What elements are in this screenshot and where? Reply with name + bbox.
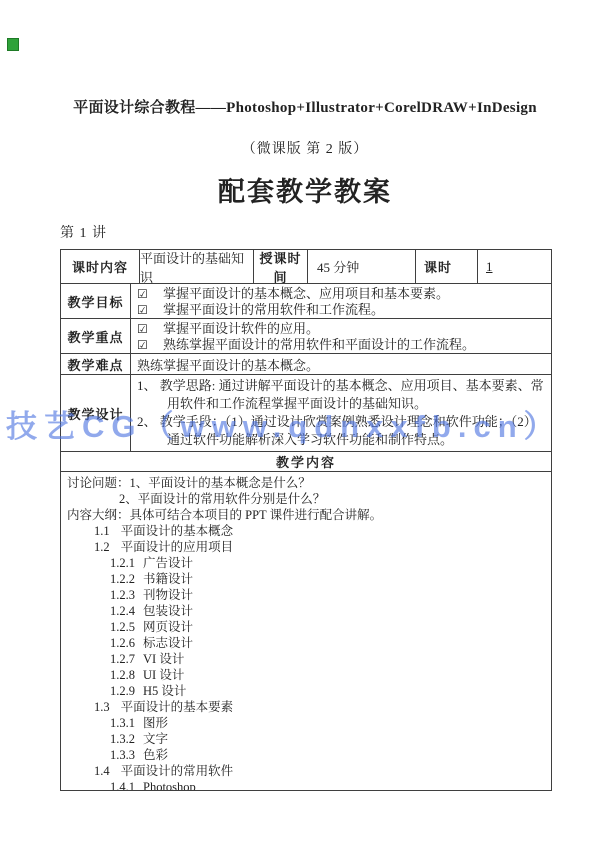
design-label: 教学设计	[61, 375, 131, 451]
goals-label: 教学目标	[61, 284, 131, 318]
outline-item: 1.2.8UI 设计	[67, 667, 545, 683]
outline-item-text: 网页设计	[143, 620, 193, 634]
difficulty-text: 熟练掌握平面设计的基本概念。	[131, 354, 551, 374]
outline-item: 1.1平面设计的基本概念	[67, 523, 545, 539]
outline-item-number: 1.2	[94, 539, 110, 555]
outline-item-number: 1.4.1	[110, 779, 135, 790]
table-row-difficulty: 教学难点 熟练掌握平面设计的基本概念。	[61, 354, 551, 375]
outline-item-text: 平面设计的应用项目	[121, 540, 234, 554]
checklist-item-text: 掌握平面设计的常用软件和工作流程。	[163, 302, 545, 318]
teach-time-value: 45 分钟	[308, 250, 416, 283]
keypoints-label: 教学重点	[61, 319, 131, 353]
outline-item-text: 文字	[143, 732, 168, 746]
discussion-label: 讨论问题：	[67, 476, 130, 490]
outline-item-number: 1.3	[94, 699, 110, 715]
outline-item: 1.3.1图形	[67, 715, 545, 731]
outline-item: 1.2.2书籍设计	[67, 571, 545, 587]
table-row-lesson-info: 课时内容 平面设计的基础知识 授课时间 45 分钟 课时 1	[61, 250, 551, 284]
content-header: 教学内容	[61, 452, 551, 471]
table-row-content-body: 讨论问题：1、平面设计的基本概念是什么？ 2、平面设计的常用软件分别是什么？ 内…	[61, 472, 551, 790]
lesson-plan-table: 课时内容 平面设计的基础知识 授课时间 45 分钟 课时 1 教学目标 ☑掌握平…	[60, 249, 552, 791]
outline-item-text: 书籍设计	[143, 572, 193, 586]
checkbox-checked-icon: ☑	[137, 337, 151, 353]
outline-item: 1.2.9H5 设计	[67, 683, 545, 699]
outline-intro-text: 具体可结合本项目的 PPT 课件进行配合讲解。	[130, 508, 383, 522]
outline-item: 1.2.6标志设计	[67, 635, 545, 651]
table-row-keypoints: 教学重点 ☑掌握平面设计软件的应用。☑熟练掌握平面设计的常用软件和平面设计的工作…	[61, 319, 551, 354]
outline-item: 1.2.7VI 设计	[67, 651, 545, 667]
table-row-goals: 教学目标 ☑掌握平面设计的基本概念、应用项目和基本要素。☑掌握平面设计的常用软件…	[61, 284, 551, 319]
checklist-item-text: 熟练掌握平面设计的常用软件和平面设计的工作流程。	[163, 337, 545, 353]
outline-item-number: 1.1	[94, 523, 110, 539]
outline-item: 1.4平面设计的常用软件	[67, 763, 545, 779]
outline-item-number: 1.3.2	[110, 731, 135, 747]
outline-item: 1.4.1Photoshop	[67, 779, 545, 790]
teach-time-label: 授课时间	[254, 250, 308, 283]
outline-item-text: 色彩	[143, 748, 168, 762]
design-item: 2、 教学手段：（1）通过设计欣赏案例熟悉设计理念和软件功能；（2）通过软件功能…	[137, 413, 545, 449]
checklist-item-text: 掌握平面设计软件的应用。	[163, 321, 545, 337]
checklist-item: ☑掌握平面设计的常用软件和工作流程。	[137, 302, 545, 318]
discussion-line-1: 讨论问题：1、平面设计的基本概念是什么？	[67, 475, 545, 491]
document-subtitle: （微课版 第 2 版）	[0, 138, 610, 158]
outline-item: 1.2.1广告设计	[67, 555, 545, 571]
document-heading: 配套教学教案	[0, 170, 610, 209]
checklist-item: ☑掌握平面设计软件的应用。	[137, 321, 545, 337]
outline-item-number: 1.2.4	[110, 603, 135, 619]
outline-item-text: 标志设计	[143, 636, 193, 650]
outline-label: 内容大纲：	[67, 508, 130, 522]
lesson-content-value: 平面设计的基础知识	[140, 250, 254, 283]
outline-item-text: 广告设计	[143, 556, 193, 570]
outline-item: 1.3.2文字	[67, 731, 545, 747]
outline-item-number: 1.2.3	[110, 587, 135, 603]
content-body: 讨论问题：1、平面设计的基本概念是什么？ 2、平面设计的常用软件分别是什么？ 内…	[61, 472, 551, 790]
outline-item-number: 1.2.6	[110, 635, 135, 651]
outline-item: 1.2.5网页设计	[67, 619, 545, 635]
period-value: 1	[478, 250, 551, 283]
outline-item-number: 1.2.9	[110, 683, 135, 699]
outline-item: 1.3.3色彩	[67, 747, 545, 763]
outline-item-text: 图形	[143, 716, 168, 730]
discussion-item-2: 2、平面设计的常用软件分别是什么？	[67, 491, 545, 507]
document-title: 平面设计综合教程——Photoshop+Illustrator+CorelDRA…	[0, 96, 610, 117]
outline-item: 1.3平面设计的基本要素	[67, 699, 545, 715]
outline-item-number: 1.3.3	[110, 747, 135, 763]
discussion-item-1: 1、平面设计的基本概念是什么？	[130, 476, 311, 490]
outline-item-text: H5 设计	[143, 684, 186, 698]
checklist-item-text: 掌握平面设计的基本概念、应用项目和基本要素。	[163, 286, 545, 302]
outline-item-number: 1.2.1	[110, 555, 135, 571]
corner-badge-icon	[7, 38, 19, 51]
period-label: 课时	[416, 250, 478, 283]
outline-item: 1.2.3刊物设计	[67, 587, 545, 603]
table-row-design: 教学设计 1、 教学思路: 通过讲解平面设计的基本概念、应用项目、基本要素、常用…	[61, 375, 551, 452]
checkbox-checked-icon: ☑	[137, 286, 151, 302]
outline-item: 1.2平面设计的应用项目	[67, 539, 545, 555]
outline-item: 1.2.4包装设计	[67, 603, 545, 619]
checkbox-checked-icon: ☑	[137, 302, 151, 318]
design-item: 1、 教学思路: 通过讲解平面设计的基本概念、应用项目、基本要素、常用软件和工作…	[137, 377, 545, 413]
outline-item-text: 平面设计的常用软件	[121, 764, 234, 778]
lesson-content-label: 课时内容	[61, 250, 140, 283]
outline-item-text: 包装设计	[143, 604, 193, 618]
design-item-list: 1、 教学思路: 通过讲解平面设计的基本概念、应用项目、基本要素、常用软件和工作…	[131, 375, 551, 451]
outline-item-number: 1.2.8	[110, 667, 135, 683]
outline-list: 1.1平面设计的基本概念1.2平面设计的应用项目1.2.1广告设计1.2.2书籍…	[67, 523, 545, 790]
checklist-item: ☑熟练掌握平面设计的常用软件和平面设计的工作流程。	[137, 337, 545, 353]
lecture-number-label: 第 1 讲	[60, 222, 107, 242]
goals-checklist: ☑掌握平面设计的基本概念、应用项目和基本要素。☑掌握平面设计的常用软件和工作流程…	[131, 284, 551, 318]
outline-item-text: 刊物设计	[143, 588, 193, 602]
document-page: 平面设计综合教程——Photoshop+Illustrator+CorelDRA…	[0, 0, 610, 865]
outline-intro-line: 内容大纲：具体可结合本项目的 PPT 课件进行配合讲解。	[67, 507, 545, 523]
outline-item-text: UI 设计	[143, 668, 184, 682]
outline-item-text: 平面设计的基本要素	[121, 700, 234, 714]
outline-item-number: 1.2.5	[110, 619, 135, 635]
keypoints-checklist: ☑掌握平面设计软件的应用。☑熟练掌握平面设计的常用软件和平面设计的工作流程。	[131, 319, 551, 353]
checkbox-checked-icon: ☑	[137, 321, 151, 337]
outline-item-number: 1.3.1	[110, 715, 135, 731]
outline-item-number: 1.2.2	[110, 571, 135, 587]
outline-item-text: VI 设计	[143, 652, 184, 666]
difficulty-label: 教学难点	[61, 354, 131, 374]
outline-item-number: 1.2.7	[110, 651, 135, 667]
table-row-content-header: 教学内容	[61, 452, 551, 472]
outline-item-number: 1.4	[94, 763, 110, 779]
outline-item-text: Photoshop	[143, 780, 196, 790]
checklist-item: ☑掌握平面设计的基本概念、应用项目和基本要素。	[137, 286, 545, 302]
outline-item-text: 平面设计的基本概念	[121, 524, 234, 538]
